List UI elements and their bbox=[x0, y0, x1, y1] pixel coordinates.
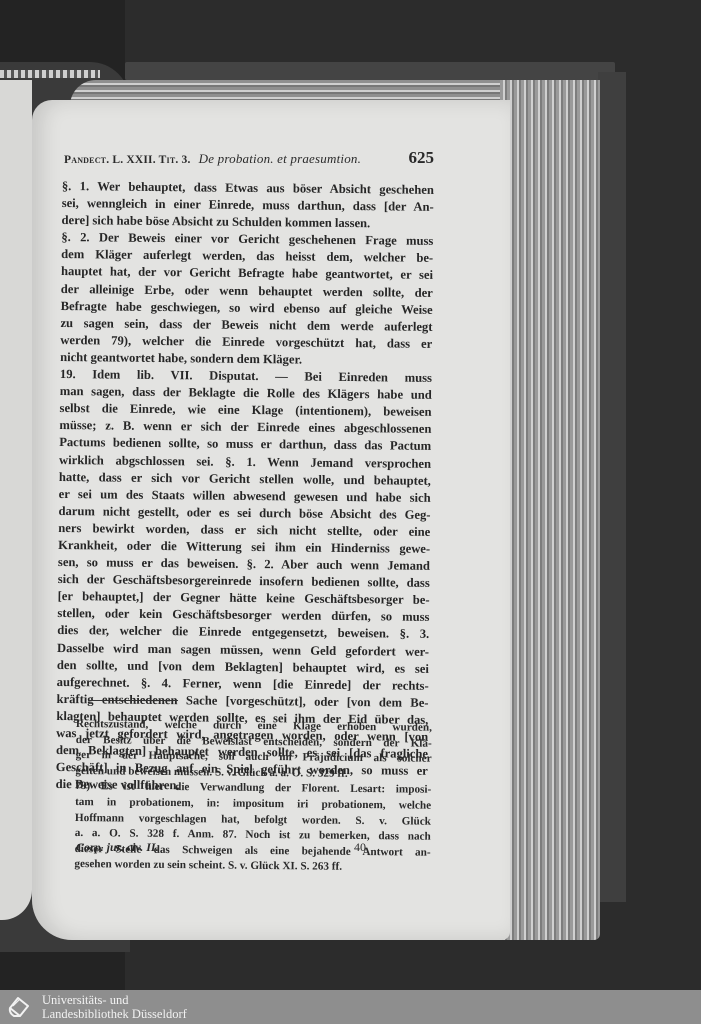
signature-mark: Corp. jur. civ. II. bbox=[76, 840, 159, 855]
footnote-rule bbox=[88, 700, 178, 701]
book-cover-right bbox=[598, 72, 626, 902]
library-name: Universitäts- und Landesbibliothek Düsse… bbox=[42, 993, 187, 1021]
book-logo-icon bbox=[6, 994, 32, 1020]
page-number: 625 bbox=[409, 148, 435, 168]
sheet-number: 40 bbox=[354, 840, 366, 855]
body-text: §. 1. Wer behauptet, dass Etwas aus böse… bbox=[56, 178, 434, 797]
left-page bbox=[0, 80, 32, 920]
library-name-line1: Universitäts- und bbox=[42, 993, 187, 1007]
binding-stitching bbox=[0, 70, 100, 78]
page-edges-right bbox=[500, 80, 600, 940]
running-head: Pandect. L. XXII. Tit. 3. De probation. … bbox=[64, 148, 434, 168]
running-title-italic: De probation. et praesumtion. bbox=[199, 151, 361, 166]
running-title-left: Pandect. L. XXII. Tit. 3. bbox=[64, 154, 191, 166]
page-footer: Corp. jur. civ. II. 40 bbox=[76, 840, 396, 855]
library-name-line2: Landesbibliothek Düsseldorf bbox=[42, 1007, 187, 1021]
running-title: Pandect. L. XXII. Tit. 3. De probation. … bbox=[64, 151, 361, 167]
library-banner: Universitäts- und Landesbibliothek Düsse… bbox=[0, 990, 701, 1024]
book-cover-top bbox=[125, 62, 615, 80]
